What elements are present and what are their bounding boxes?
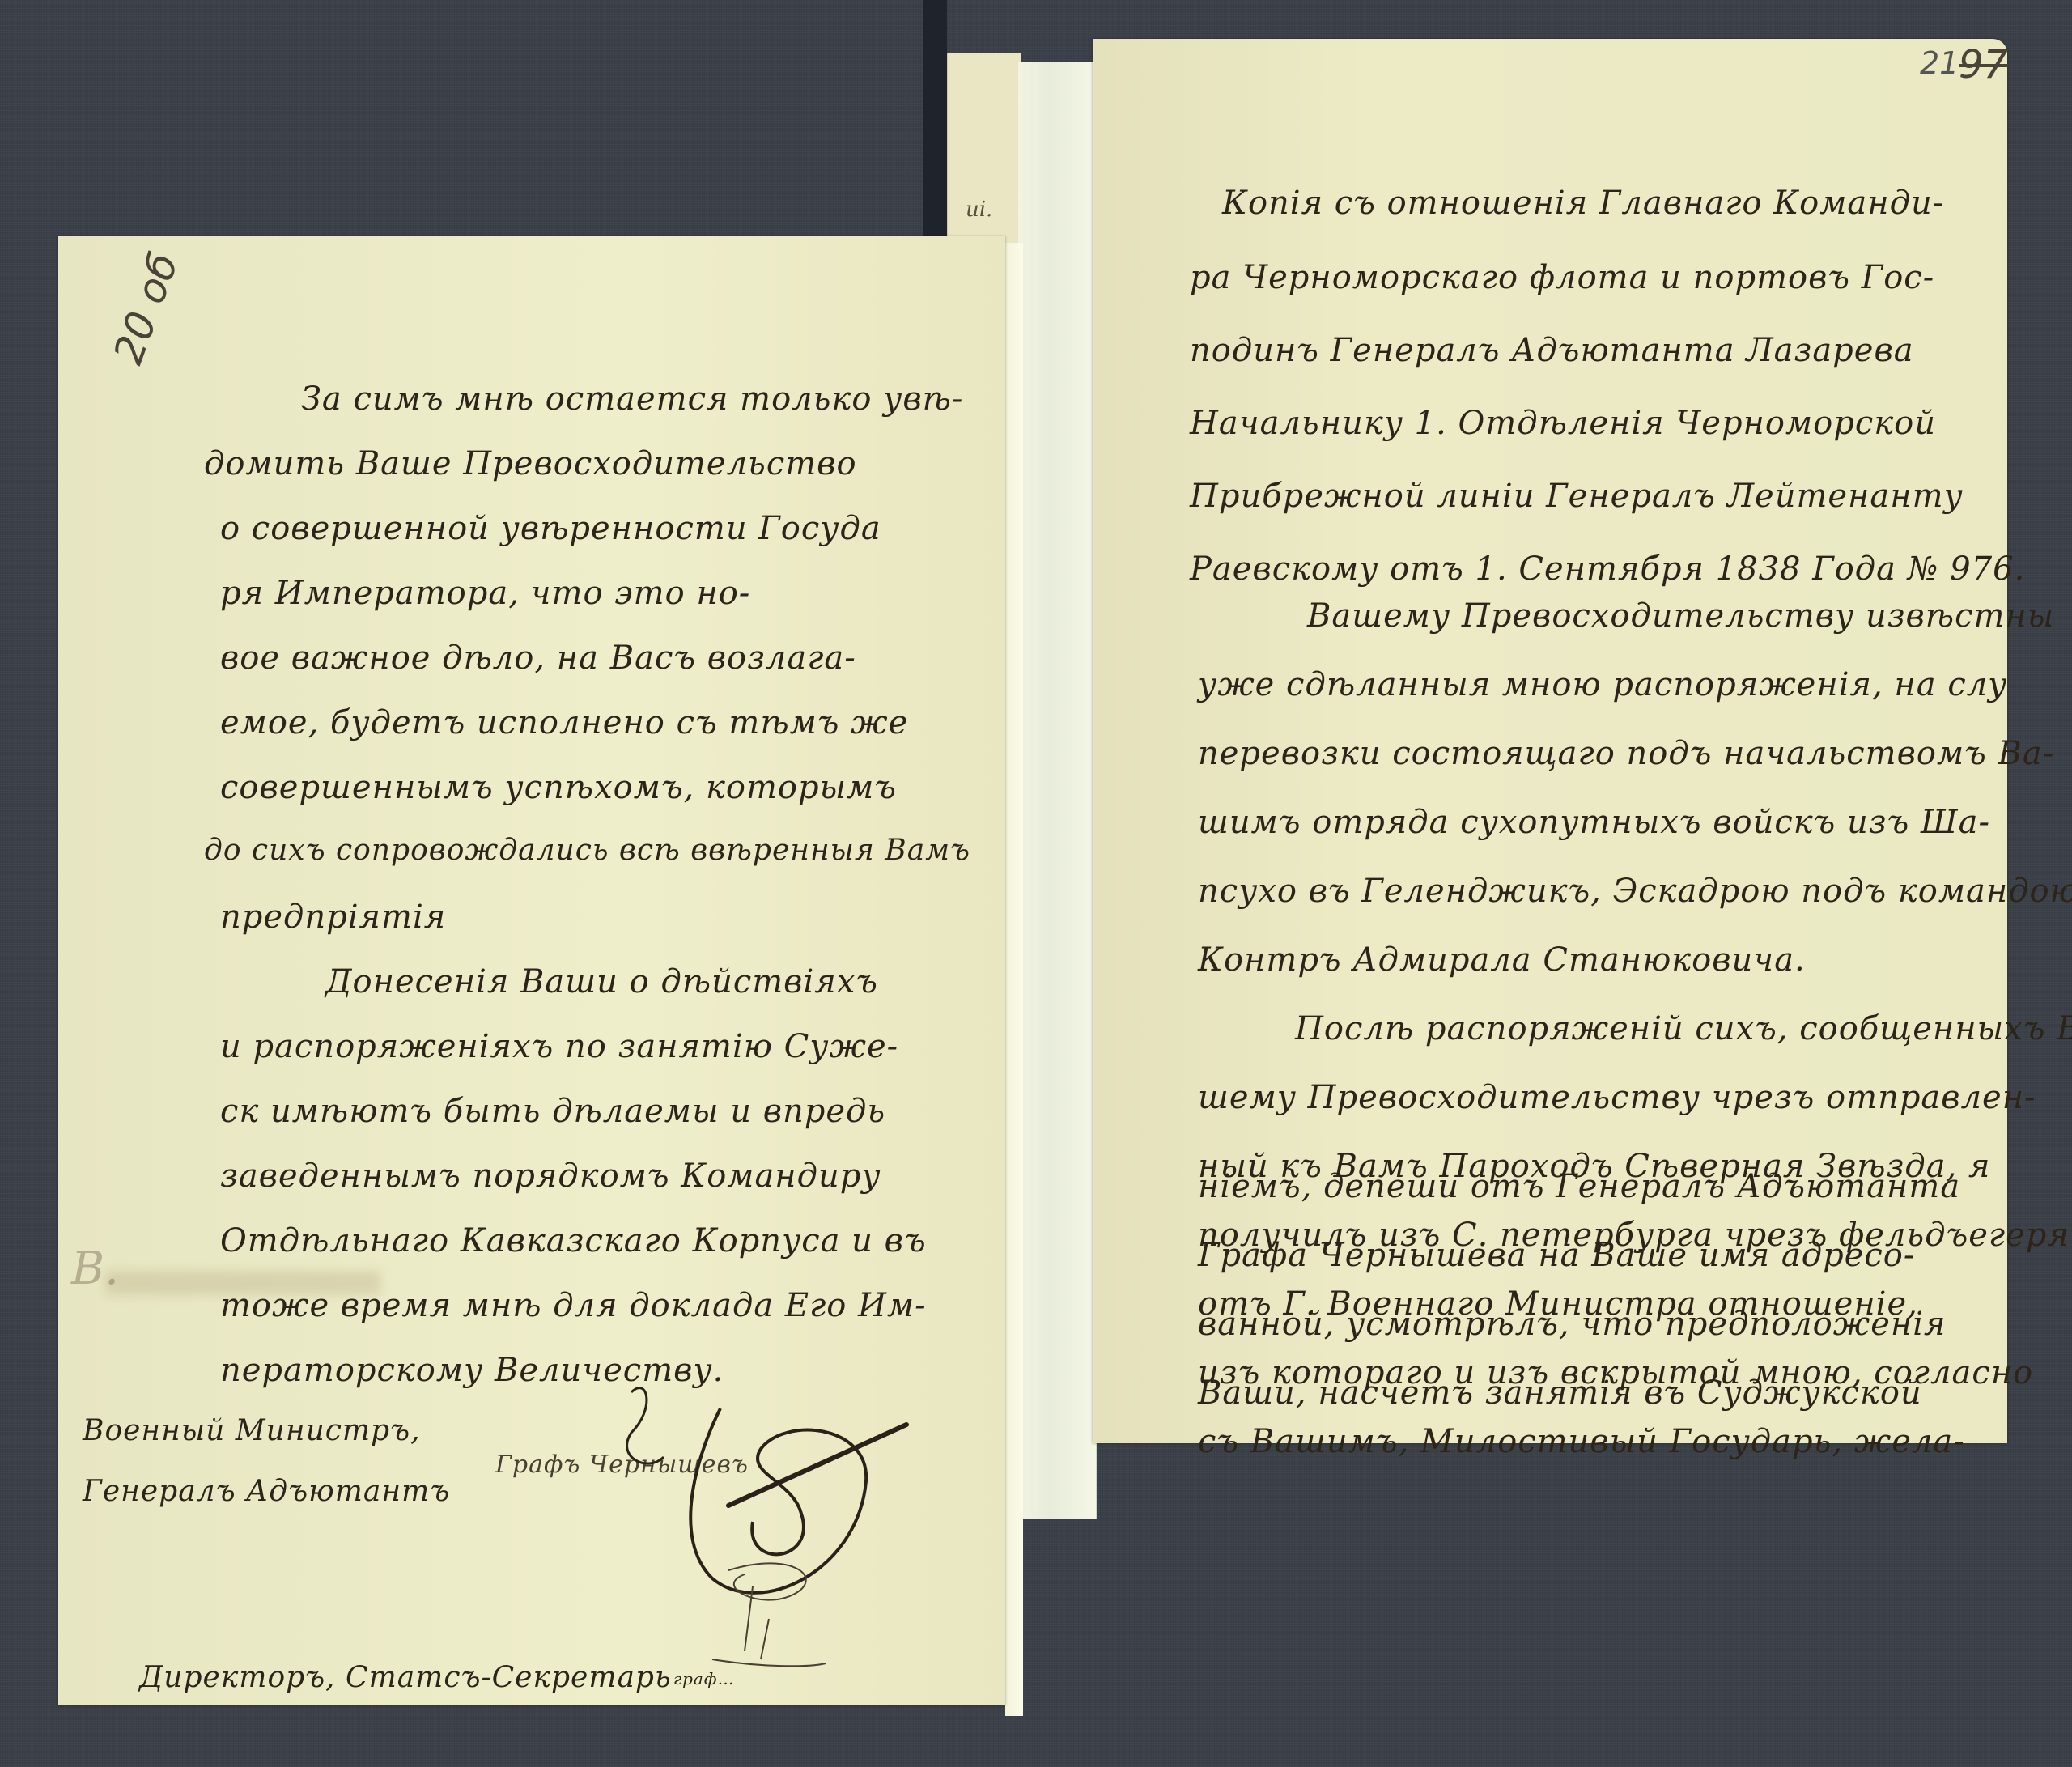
body-line: шему Превосходительству чрезъ отправлен- <box>1198 1079 2036 1116</box>
body-line: съ Вашимъ, Милостивый Государь, жела- <box>1198 1423 1965 1460</box>
binding-tissue-strip <box>1018 62 1097 1519</box>
body-line: Графа Чернышева на Ваше имя адресо- <box>1198 1237 1915 1274</box>
body-line: заведеннымъ порядкомъ Командиру <box>220 1157 881 1195</box>
body-line: ря Императора, что это но- <box>220 575 750 612</box>
body-line: перевозки состоящаго подъ начальствомъ В… <box>1198 735 2054 772</box>
body-line: Отдѣльнаго Кавказскаго Корпуса и въ <box>220 1222 927 1259</box>
body-line: Вашему Превосходительству извѣстны <box>1307 597 2054 635</box>
folio-number-current: 21 <box>1920 45 1959 81</box>
body-line: ск имѣютъ быть дѣлаемы и впредь <box>220 1093 885 1130</box>
body-line: совершеннымъ успѣхомъ, которымъ <box>220 769 897 806</box>
body-line: уже сдѣланныя мною распоряженія, на слу <box>1198 666 2007 703</box>
body-line: о совершенной увѣренности Госуда <box>220 510 881 547</box>
folio-number-left: 20 об <box>104 247 188 370</box>
body-line: Ваши, насчетъ занятія въ Суджукской <box>1198 1374 1922 1412</box>
underlying-page-text-fragment: ui. <box>966 198 992 222</box>
heading-line: Прибрежной линіи Генералъ Лейтенанту <box>1190 478 1964 515</box>
left-page-hinge <box>1005 243 1023 1716</box>
heading-line: Раевскому отъ 1. Сентября 1838 Года № 97… <box>1190 550 2025 588</box>
countersign-flourish-icon <box>696 1554 834 1676</box>
signatory-title-1: Военный Министръ, <box>83 1414 421 1447</box>
body-line: ванной, усмотрѣлъ, что предположенія <box>1198 1306 1947 1343</box>
heading-line: Копія съ отношенія Главнаго Команди- <box>1222 185 1944 222</box>
backing-board-shadow <box>923 0 947 267</box>
folio-number-struck: 97 <box>1959 42 2008 87</box>
body-line: псухо въ Геленджикъ, Эскадрою подъ коман… <box>1198 873 2072 910</box>
body-line: Послѣ распоряженій сихъ, сообщенныхъ Ва- <box>1295 1010 2072 1047</box>
body-line: ніемъ, депеши отъ Генералъ Адъютанта <box>1198 1168 1960 1205</box>
body-line: Контръ Адмирала Станюковича. <box>1198 941 1806 979</box>
body-line: емое, будетъ исполнено съ тѣмъ же <box>220 704 908 741</box>
body-line: домить Ваше Превосходительство <box>204 445 857 482</box>
heading-line: ра Черноморскаго флота и портовъ Гос- <box>1190 259 1934 296</box>
heading-line: подинъ Генералъ Адъютанта Лазарева <box>1190 332 1914 369</box>
body-line: За симъ мнѣ остается только увѣ- <box>301 380 963 418</box>
heading-line: Начальнику 1. Отдѣленія Черноморской <box>1190 405 1936 442</box>
body-line: до сихъ сопровождались всѣ ввѣренныя Вам… <box>204 834 970 867</box>
body-line: и распоряженіяхъ по занятію Суже- <box>220 1028 898 1065</box>
ink-smudge <box>105 1271 380 1295</box>
body-line: шимъ отряда сухопутныхъ войскъ изъ Ша- <box>1198 804 1990 841</box>
countersign-title: Директоръ, Статсъ-Секретарь <box>139 1661 672 1694</box>
signatory-title-2: Генералъ Адъютантъ <box>83 1475 450 1508</box>
body-line: Донесенія Ваши о дѣйствіяхъ <box>325 963 878 1000</box>
body-line: предпріятія <box>220 898 446 936</box>
right-page: 21 97 Копія съ отношенія Главнаго Команд… <box>1093 39 2007 1443</box>
body-line: вое важное дѣло, на Васъ возлага- <box>220 639 856 677</box>
